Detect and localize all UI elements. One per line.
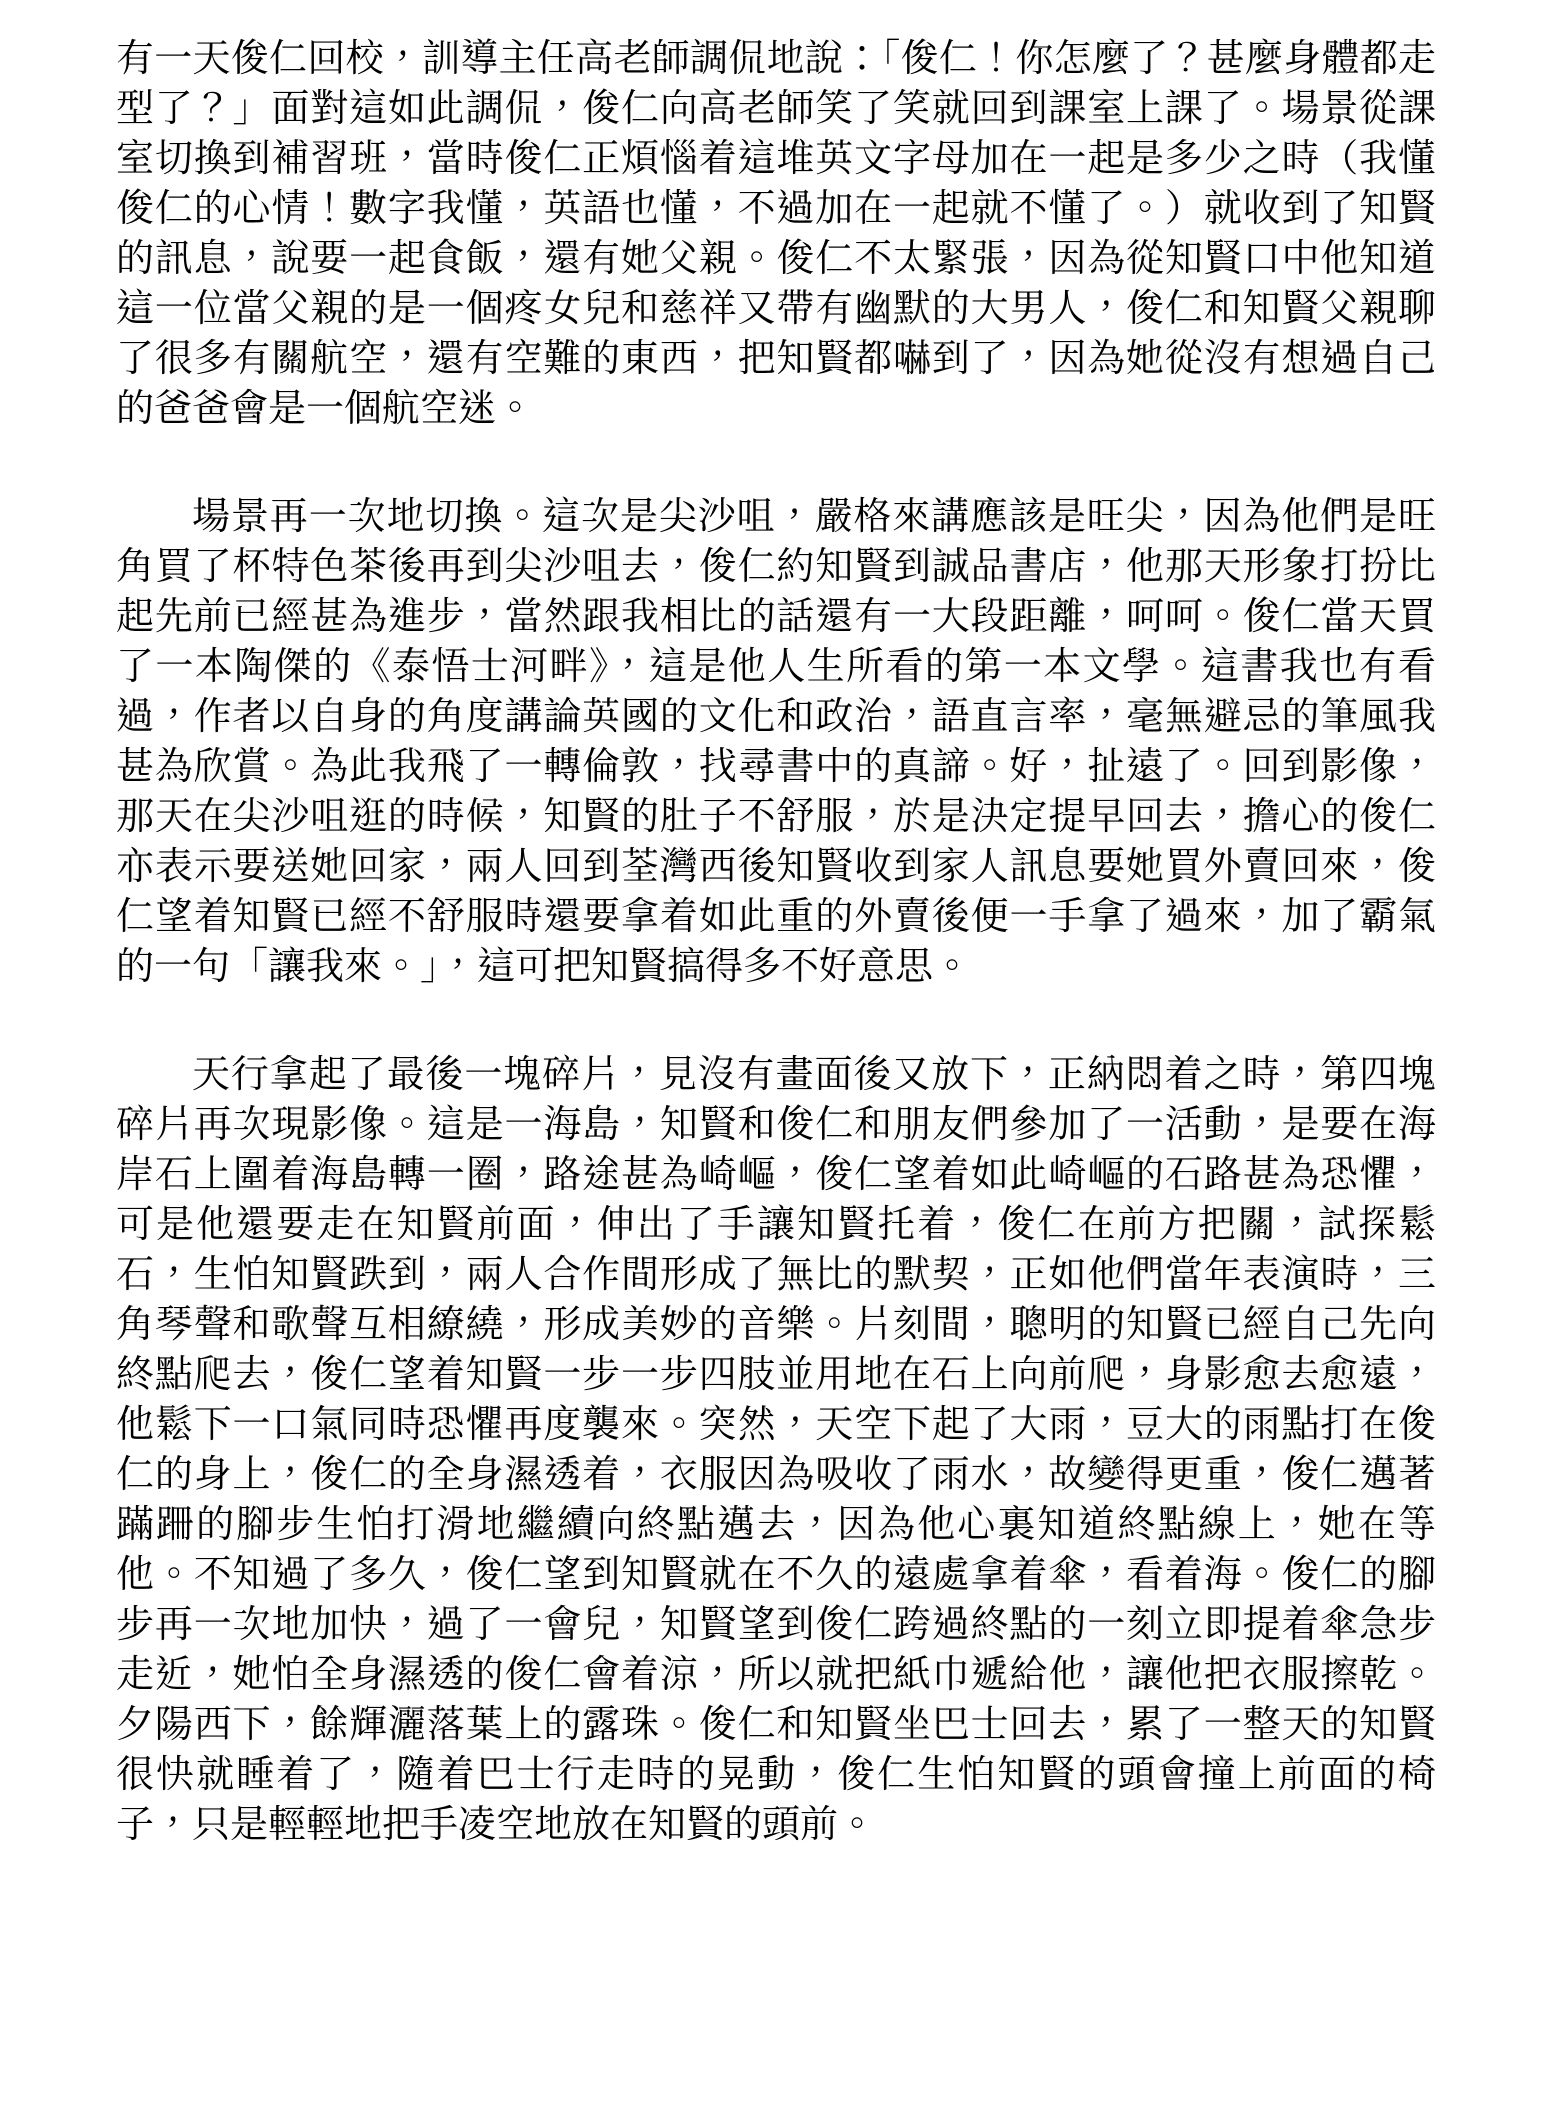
paragraph-1: 有一天俊仁回校，訓導主任高老師調侃地說：「俊仁！你怎麼了？甚麼身體都走型了？」面…	[116, 34, 1436, 434]
paragraph-3: 天行拿起了最後一塊碎片，見沒有畫面後又放下，正納悶着之時，第四塊碎片再次現影像。…	[116, 1050, 1436, 1850]
paragraph-2: 場景再一次地切換。這次是尖沙咀，嚴格來講應該是旺尖，因為他們是旺角買了杯特色茶後…	[116, 492, 1436, 992]
text-column: 有一天俊仁回校，訓導主任高老師調侃地說：「俊仁！你怎麼了？甚麼身體都走型了？」面…	[116, 34, 1436, 1850]
document-page: { "page": { "background_color": "#ffffff…	[0, 0, 1548, 2122]
